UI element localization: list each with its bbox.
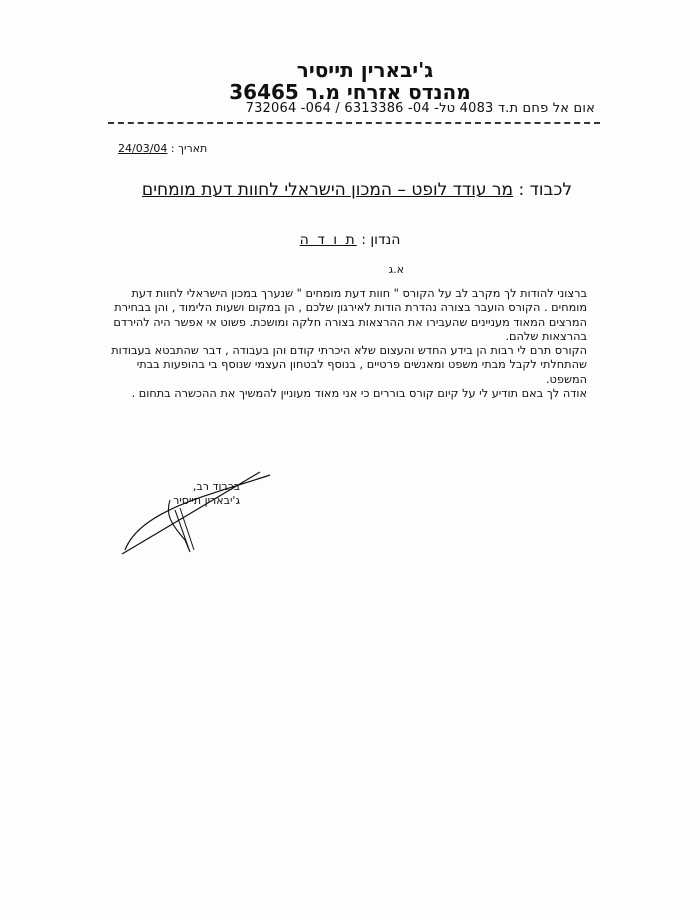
- recipient-label: לכבוד :: [518, 180, 572, 200]
- date-line: תאריך : 24/03/04: [118, 142, 207, 155]
- recipient-value: מר עודד לופט – המכון הישראלי לחוות דעת מ…: [142, 180, 513, 200]
- date-label: תאריך :: [171, 142, 207, 155]
- scanned-letter-page: ג'יבארין תייסיר מהנדס אזרחי מ.ר 36465 או…: [0, 0, 700, 913]
- greeting: א.ג: [389, 263, 404, 276]
- body-paragraph: אודה לך באם תודיע לי על קיום קורס בוררים…: [107, 387, 587, 401]
- body-paragraph: ברצוני להודות לך מקרב לב על הקורס " חוות…: [107, 287, 587, 344]
- signature-closing: בכבוד רב,: [140, 480, 240, 494]
- signature-block: בכבוד רב, ג'יבארין תייסיר: [140, 480, 240, 508]
- header-divider: [108, 122, 600, 124]
- letterhead-contact: אום אל פחם ת.ד 4083 טל- 04- 6313386 / 06…: [246, 101, 595, 116]
- date-value: 24/03/04: [118, 142, 167, 155]
- recipient-line: לכבוד : מר עודד לופט – המכון הישראלי לחו…: [142, 180, 572, 200]
- subject-line: הנדון : ת ו ד ה: [0, 232, 700, 248]
- body-paragraph: הקורס תרם לי רבות הן בידע החדש והעצום של…: [107, 344, 587, 387]
- letter-body: ברצוני להודות לך מקרב לב על הקורס " חוות…: [107, 287, 587, 401]
- subject-value: ת ו ד ה: [300, 232, 357, 248]
- signature-name: ג'יבארין תייסיר: [140, 494, 240, 508]
- subject-label: הנדון :: [361, 232, 400, 248]
- letterhead-name: ג'יבארין תייסיר: [0, 58, 700, 82]
